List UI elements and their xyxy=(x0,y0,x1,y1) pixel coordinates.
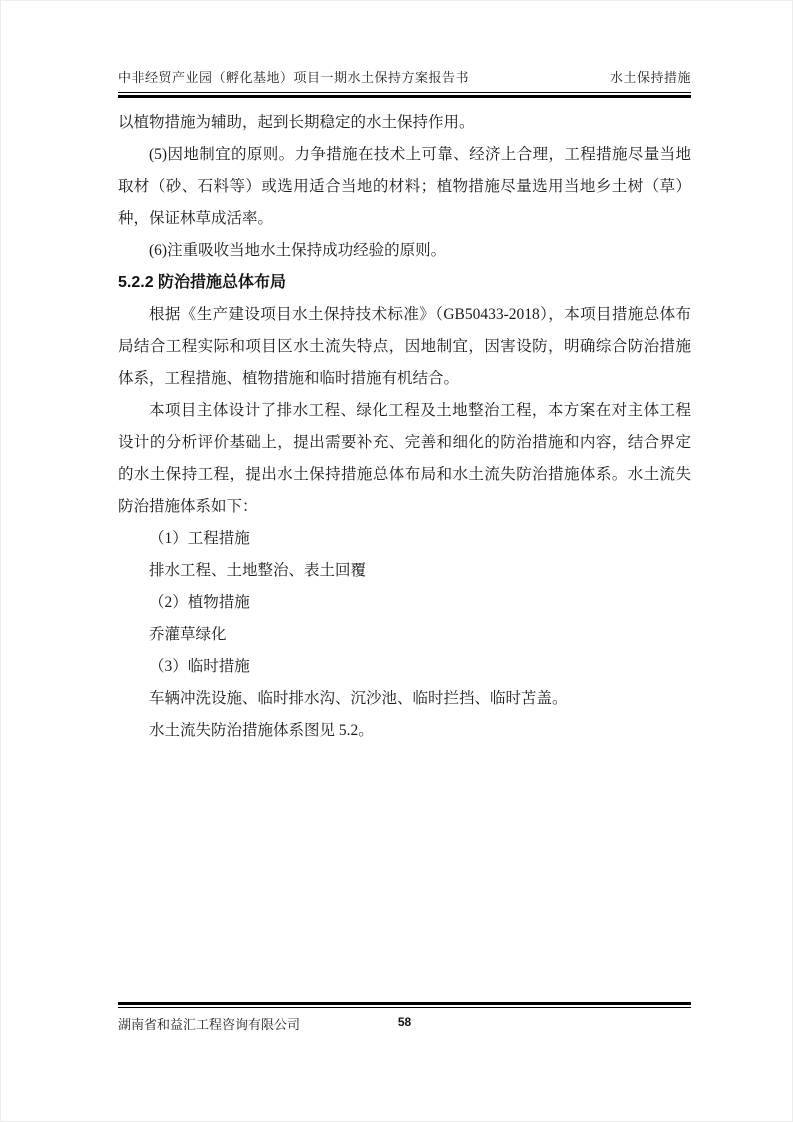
paragraph-closing-reference: 水土流失防治措施体系图见 5.2。 xyxy=(118,715,691,747)
footer-rule-thin xyxy=(118,1007,691,1008)
footer-page-number: 58 xyxy=(118,1015,691,1029)
paragraph-standard-basis: 根据《生产建设项目水土保持技术标准》（GB50433-2018），本项目措施总体… xyxy=(118,299,691,395)
document-body: 以植物措施为辅助，起到长期稳定的水土保持作用。 (5)因地制宜的原则。力争措施在… xyxy=(118,107,691,747)
page-header: 中非经贸产业园（孵化基地）项目一期水土保持方案报告书 水土保持措施 xyxy=(118,67,691,98)
paragraph-principle-5: (5)因地制宜的原则。力争措施在技术上可靠、经济上合理，工程措施尽量当地取材（砂… xyxy=(118,139,691,235)
paragraph-design-overview: 本项目主体设计了排水工程、绿化工程及土地整治工程，本方案在对主体工程设计的分析评… xyxy=(118,395,691,523)
page-header-row: 中非经贸产业园（孵化基地）项目一期水土保持方案报告书 水土保持措施 xyxy=(118,67,691,92)
header-rule-thick xyxy=(118,95,691,98)
page-footer: 湖南省和益汇工程咨询有限公司 58 xyxy=(118,1002,691,1033)
document-page: 中非经贸产业园（孵化基地）项目一期水土保持方案报告书 水土保持措施 以植物措施为… xyxy=(0,0,793,1122)
measure-1-detail: 排水工程、土地整治、表土回覆 xyxy=(118,555,691,587)
page-footer-row: 湖南省和益汇工程咨询有限公司 58 xyxy=(118,1014,691,1033)
paragraph-carryover: 以植物措施为辅助，起到长期稳定的水土保持作用。 xyxy=(118,107,691,139)
measure-2-detail: 乔灌草绿化 xyxy=(118,619,691,651)
measure-2-title: （2）植物措施 xyxy=(118,587,691,619)
header-report-title: 中非经贸产业园（孵化基地）项目一期水土保持方案报告书 xyxy=(118,67,469,86)
header-chapter-title: 水土保持措施 xyxy=(610,67,691,86)
paragraph-principle-6: (6)注重吸收当地水土保持成功经验的原则。 xyxy=(118,235,691,267)
measure-1-title: （1）工程措施 xyxy=(118,523,691,555)
measure-3-title: （3）临时措施 xyxy=(118,651,691,683)
measure-3-detail: 车辆冲洗设施、临时排水沟、沉沙池、临时拦挡、临时苫盖。 xyxy=(118,683,691,715)
section-heading-5-2-2: 5.2.2 防治措施总体布局 xyxy=(118,267,691,299)
